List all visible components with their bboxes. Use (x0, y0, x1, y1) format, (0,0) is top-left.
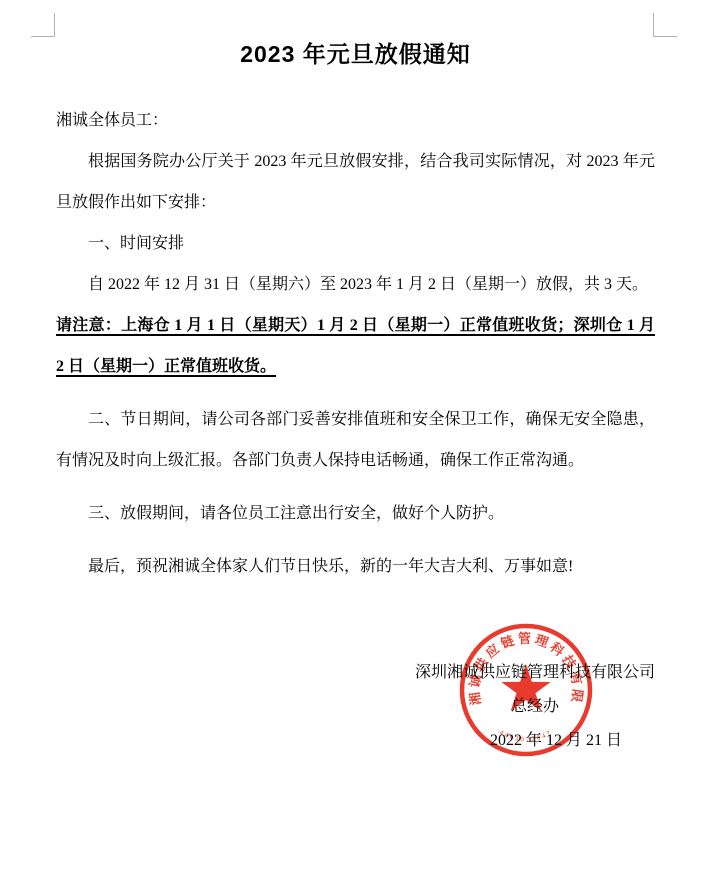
document-page: 2023 年元旦放假通知 湘诚全体员工： 根据国务院办公厅关于 2023 年元旦… (0, 0, 711, 873)
signature-date: 2022 年 12 月 21 日 (436, 724, 676, 758)
crop-mark-top-right-horizontal (653, 36, 677, 37)
signature-block: 深圳湘诚供应链管理科技有限公司 总经办 2022 年 12 月 21 日 (415, 656, 655, 758)
crop-mark-top-right-vertical (653, 13, 654, 37)
item1-heading: 一、时间安排 (56, 223, 655, 264)
intro-paragraph: 根据国务院办公厅关于 2023 年元旦放假安排，结合我司实际情况，对 2023 … (56, 141, 655, 223)
signature-company: 深圳湘诚供应链管理科技有限公司 (415, 656, 655, 690)
document-body: 湘诚全体员工： 根据国务院办公厅关于 2023 年元旦放假安排，结合我司实际情况… (56, 100, 655, 758)
crop-mark-top-left-horizontal (31, 36, 55, 37)
salutation-line: 湘诚全体员工： (56, 100, 655, 141)
notice-paragraph: 请注意：上海仓 1 月 1 日（星期天）1 月 2 日（星期一）正常值班收货；深… (56, 305, 655, 387)
item1-detail: 自 2022 年 12 月 31 日（星期六）至 2023 年 1 月 2 日（… (56, 264, 655, 305)
closing-paragraph: 最后，预祝湘诚全体家人们节日快乐，新的一年大吉大利、万事如意! (56, 546, 655, 587)
item2-paragraph: 二、节日期间，请公司各部门妥善安排值班和安全保卫工作，确保无安全隐患，有情况及时… (56, 399, 655, 481)
signature-department: 总经办 (415, 690, 655, 724)
item3-paragraph: 三、放假期间，请各位员工注意出行安全，做好个人防护。 (56, 493, 655, 534)
document-title: 2023 年元旦放假通知 (56, 38, 655, 70)
crop-mark-top-left-vertical (54, 13, 55, 37)
